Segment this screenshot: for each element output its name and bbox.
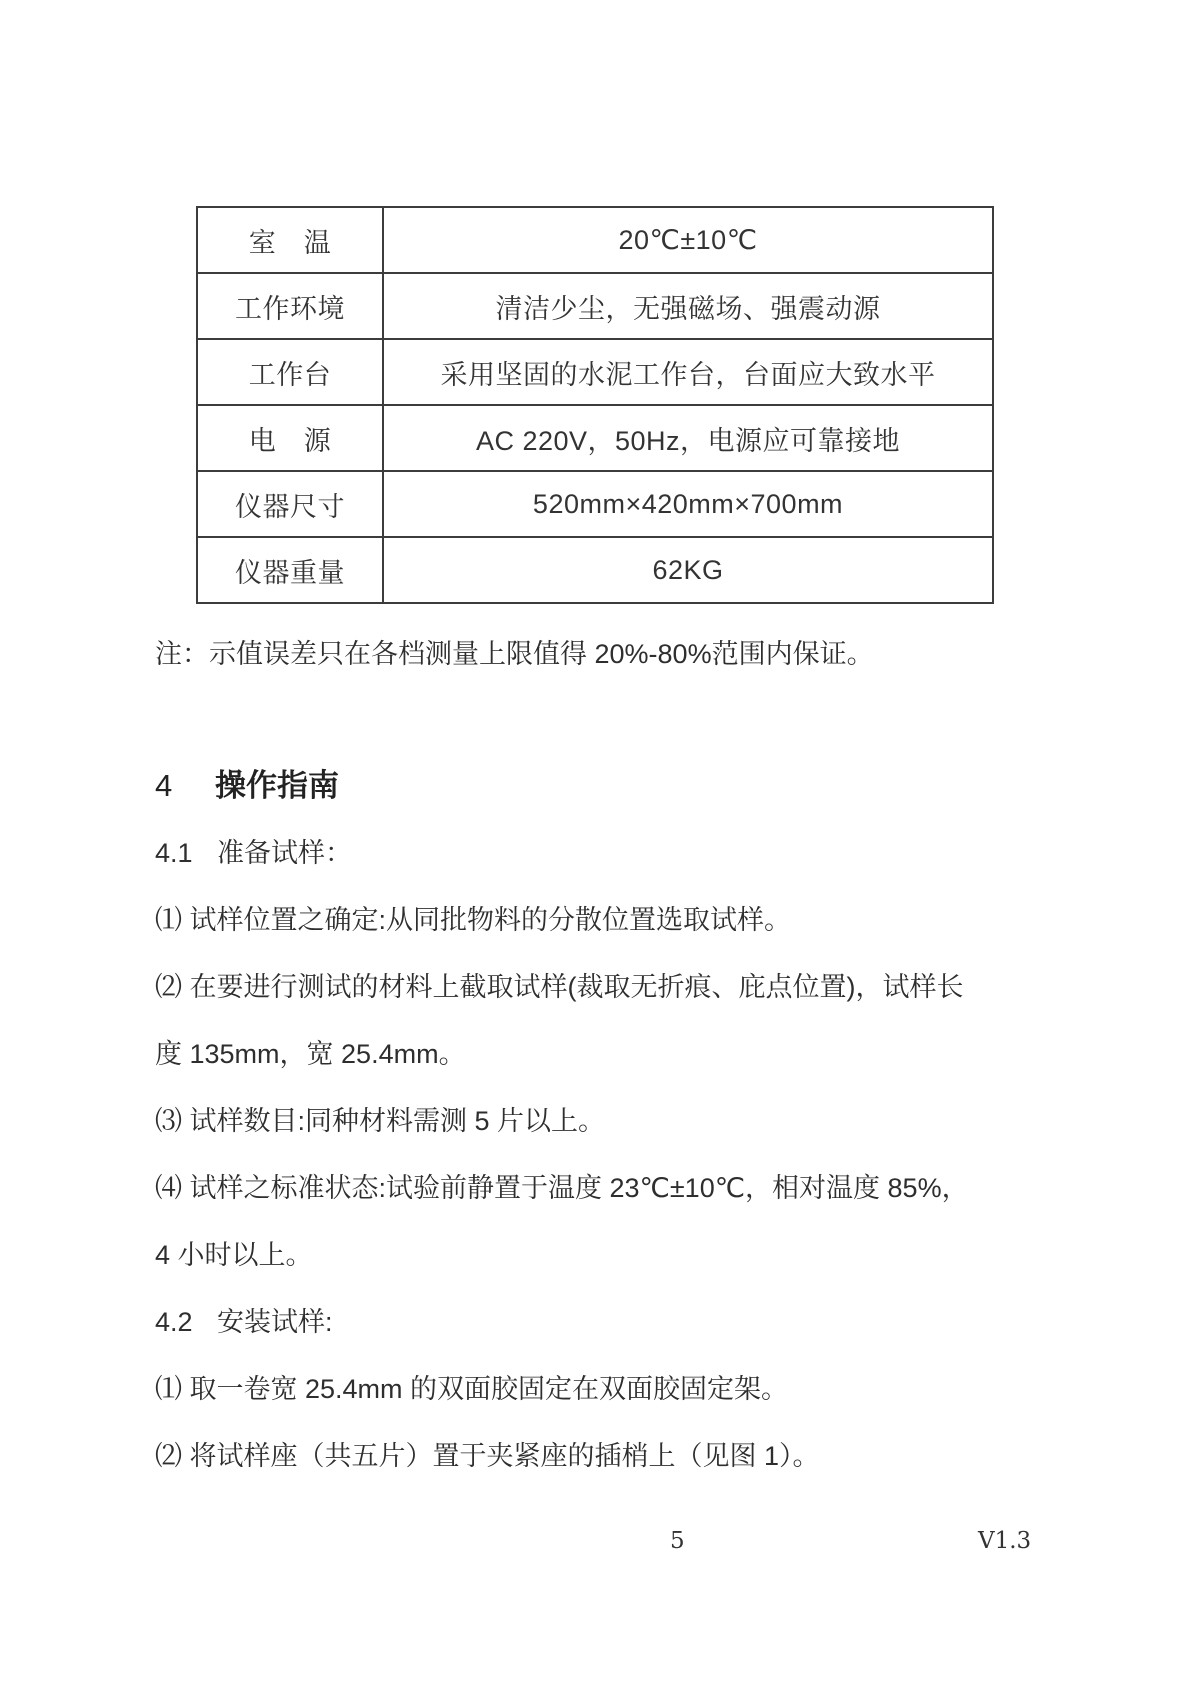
table-row: 仪器尺寸 520mm×420mm×700mm — [197, 471, 993, 537]
subsection-heading-4-2: 4.2安装试样: — [155, 1305, 333, 1339]
table-row: 工作环境 清洁少尘，无强磁场、强震动源 — [197, 273, 993, 339]
subsection-number: 4.1 — [155, 836, 217, 870]
section-heading: 4操作指南 — [155, 766, 339, 806]
row-value: 62KG — [383, 537, 993, 603]
list-item: ⑵ 将试样座（共五片）置于夹紧座的插梢上（见图 1）。 — [155, 1439, 820, 1473]
list-item: ⑷ 试样之标准状态:试验前静置于温度 23℃±10℃，相对温度 85%， — [155, 1171, 969, 1205]
table-row: 室 温 20℃±10℃ — [197, 207, 993, 273]
list-item: ⑴ 取一卷宽 25.4mm 的双面胶固定在双面胶固定架。 — [155, 1372, 788, 1406]
spec-table: 室 温 20℃±10℃ 工作环境 清洁少尘，无强磁场、强震动源 工作台 采用坚固… — [196, 206, 994, 604]
list-item: ⑴ 试样位置之确定:从同批物料的分散位置选取试样。 — [155, 903, 791, 937]
row-value: 520mm×420mm×700mm — [383, 471, 993, 537]
page-number: 5 — [670, 1528, 685, 1554]
row-label: 工作环境 — [197, 273, 383, 339]
subsection-title: 安装试样: — [217, 1307, 333, 1337]
list-item-continuation: 4 小时以上。 — [155, 1238, 313, 1272]
section-number: 4 — [155, 766, 215, 806]
table-row: 电 源 AC 220V，50Hz，电源应可靠接地 — [197, 405, 993, 471]
row-value: AC 220V，50Hz，电源应可靠接地 — [383, 405, 993, 471]
list-item: ⑵ 在要进行测试的材料上截取试样(裁取无折痕、庇点位置)，试样长 — [155, 970, 963, 1004]
table-row: 工作台 采用坚固的水泥工作台，台面应大致水平 — [197, 339, 993, 405]
row-value: 20℃±10℃ — [383, 207, 993, 273]
row-label: 电 源 — [197, 405, 383, 471]
row-value: 清洁少尘，无强磁场、强震动源 — [383, 273, 993, 339]
subsection-number: 4.2 — [155, 1305, 217, 1339]
list-item-continuation: 度 135mm，宽 25.4mm。 — [155, 1037, 466, 1071]
row-label: 仪器重量 — [197, 537, 383, 603]
row-label: 工作台 — [197, 339, 383, 405]
subsection-title: 准备试样： — [217, 838, 352, 868]
row-value: 采用坚固的水泥工作台，台面应大致水平 — [383, 339, 993, 405]
version-label: V1.3 — [978, 1528, 1031, 1554]
subsection-heading-4-1: 4.1准备试样： — [155, 836, 352, 870]
section-title: 操作指南 — [215, 768, 339, 803]
table-note: 注：示值误差只在各档测量上限值得 20%-80%范围内保证。 — [155, 637, 874, 671]
list-item: ⑶ 试样数目:同种材料需测 5 片以上。 — [155, 1104, 605, 1138]
row-label: 室 温 — [197, 207, 383, 273]
row-label: 仪器尺寸 — [197, 471, 383, 537]
table-row: 仪器重量 62KG — [197, 537, 993, 603]
